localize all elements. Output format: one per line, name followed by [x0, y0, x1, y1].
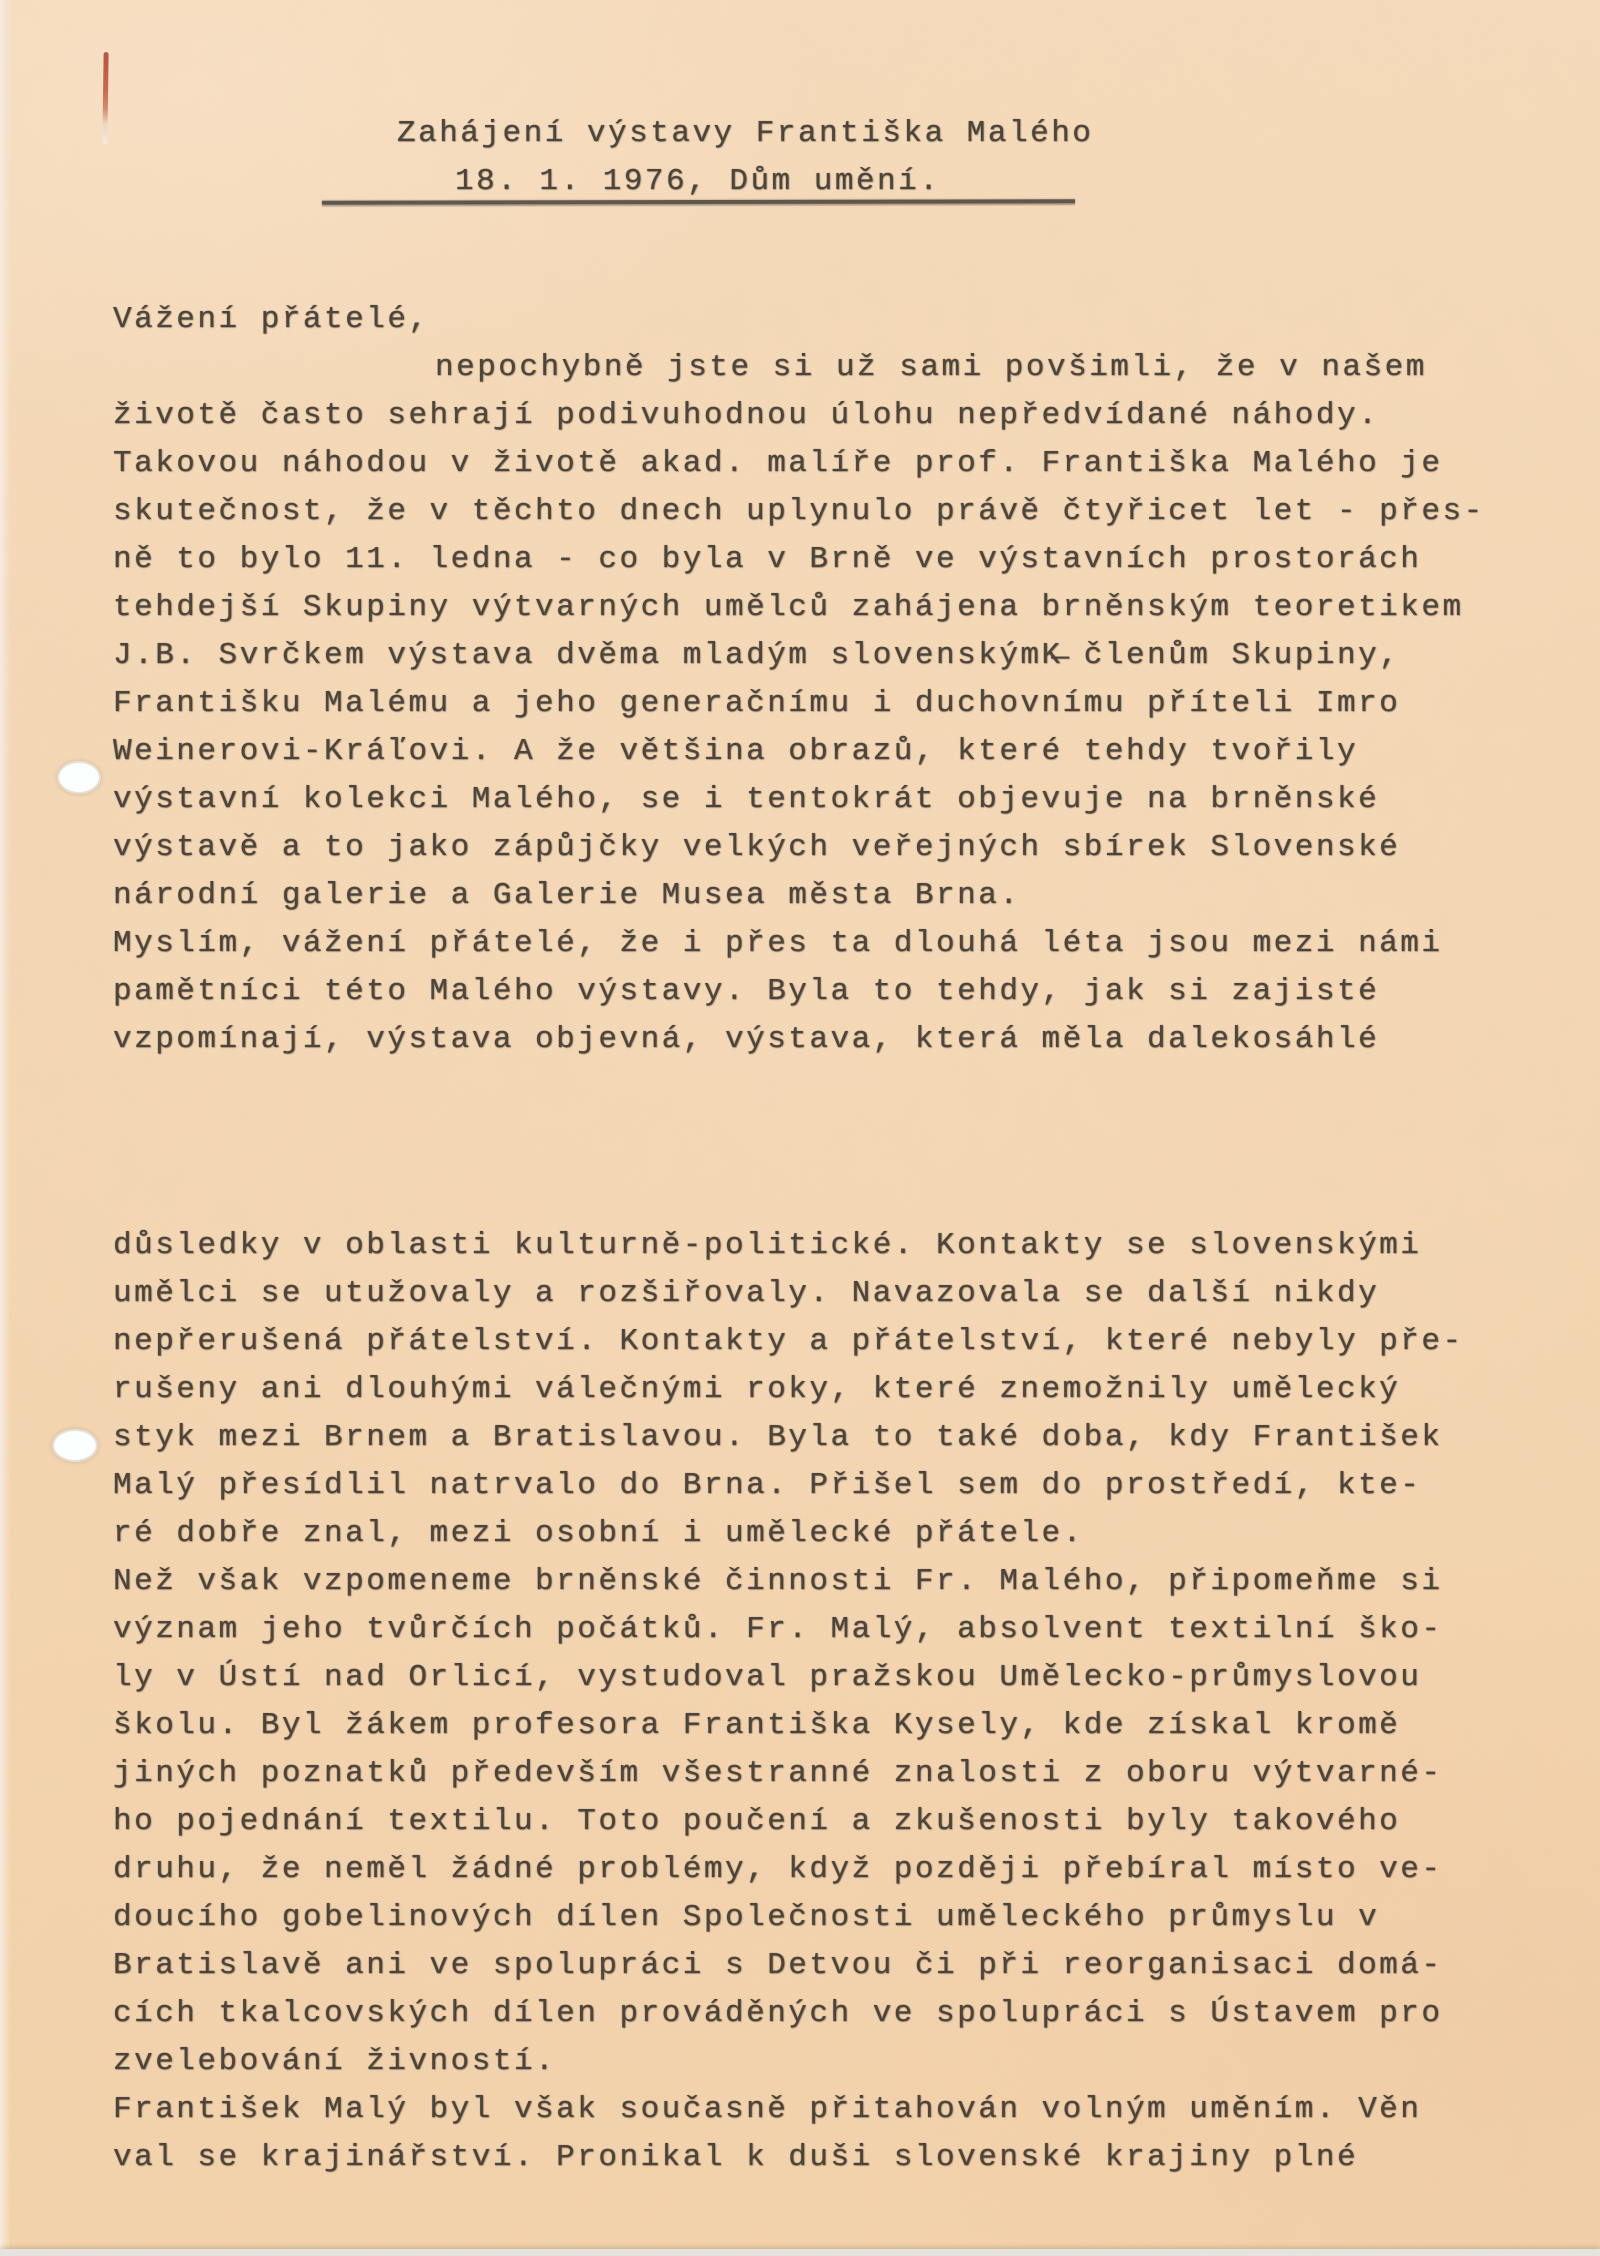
scan-edge-bottom	[0, 2249, 1600, 2256]
punch-hole-bottom	[52, 1429, 98, 1462]
text-line: školu. Byl žákem profesora Františka Kys…	[113, 1702, 1464, 1750]
document-title: Zahájení výstavy Františka Malého 18. 1.…	[397, 110, 1093, 206]
text-line: Myslím, vážení přátelé, že i přes ta dlo…	[113, 920, 1485, 968]
scanned-document-page: Zahájení výstavy Františka Malého 18. 1.…	[0, 0, 1600, 2256]
text-line: zvelebování živností.	[113, 2038, 1464, 2086]
text-line: význam jeho tvůrčích počátků. Fr. Malý, …	[113, 1606, 1464, 1654]
text-line: val se krajinářství. Pronikal k duši slo…	[113, 2134, 1464, 2182]
text-line: umělci se utužovaly a rozšiřovaly. Navaz…	[113, 1270, 1464, 1318]
text-line: nepřerušená přátelství. Kontakty a přáte…	[113, 1318, 1464, 1366]
text-line: ho pojednání textilu. Toto poučení a zku…	[113, 1798, 1464, 1846]
text-line: Františku Malému a jeho generačnímu i du…	[113, 680, 1485, 728]
text-line: druhu, že neměl žádné problémy, když poz…	[113, 1846, 1464, 1894]
text-line: národní galerie a Galerie Musea města Br…	[113, 872, 1485, 920]
text-line: J.B. Svrčkem výstava dvěma mladým sloven…	[113, 632, 1485, 680]
paragraph-block-2: důsledky v oblasti kulturně-politické. K…	[113, 1222, 1464, 2182]
text-line: styk mezi Brnem a Bratislavou. Byla to t…	[113, 1414, 1464, 1462]
text-line: pamětníci této Malého výstavy. Byla to t…	[113, 968, 1485, 1016]
text-line: Bratislavě ani ve spolupráci s Detvou či…	[113, 1942, 1464, 1990]
text-line: tehdejší Skupiny výtvarných umělců zaháj…	[113, 584, 1485, 632]
text-line: životě často sehrají podivuhodnou úlohu …	[113, 392, 1485, 440]
text-line: skutečnost, že v těchto dnech uplynulo p…	[113, 488, 1485, 536]
text-line: Takovou náhodou v životě akad. malíře pr…	[113, 440, 1485, 488]
text-line: cích tkalcovských dílen prováděných ve s…	[113, 1990, 1464, 2038]
text-line: výstavě a to jako zápůjčky velkých veřej…	[113, 824, 1485, 872]
punch-hole-top	[57, 761, 101, 794]
text-line: ly v Ústí nad Orlicí, vystudoval pražsko…	[113, 1654, 1464, 1702]
red-pen-mark	[102, 52, 108, 144]
text-line: výstavní kolekci Malého, se i tentokrát …	[113, 776, 1485, 824]
text-line: rušeny ani dlouhými válečnými roky, kter…	[113, 1366, 1464, 1414]
salutation: Vážení přátelé,	[113, 296, 1485, 344]
text-line: nepochybně jste si už sami povšimli, že …	[113, 344, 1485, 392]
text-line: ré dobře znal, mezi osobní i umělecké př…	[113, 1510, 1464, 1558]
paragraph-block-1: Vážení přátelé, nepochybně jste si už sa…	[113, 296, 1485, 1064]
title-line-1: Zahájení výstavy Františka Malého	[397, 110, 1093, 158]
text-line: důsledky v oblasti kulturně-politické. K…	[113, 1222, 1464, 1270]
text-line: jiných poznatků především všestranné zna…	[113, 1750, 1464, 1798]
text-line: František Malý byl však současně přitaho…	[113, 2086, 1464, 2134]
text-line: Malý přesídlil natrvalo do Brna. Přišel …	[113, 1462, 1464, 1510]
text-line: Weinerovi-Kráľovi. A že většina obrazů, …	[113, 728, 1485, 776]
scan-edge-left	[0, 0, 11, 2256]
text-line: doucího gobelinových dílen Společnosti u…	[113, 1894, 1464, 1942]
text-line: Než však vzpomeneme brněnské činnosti Fr…	[113, 1558, 1464, 1606]
text-line: ně to bylo 11. ledna - co byla v Brně ve…	[113, 536, 1485, 584]
text-line: vzpomínají, výstava objevná, výstava, kt…	[113, 1016, 1485, 1064]
